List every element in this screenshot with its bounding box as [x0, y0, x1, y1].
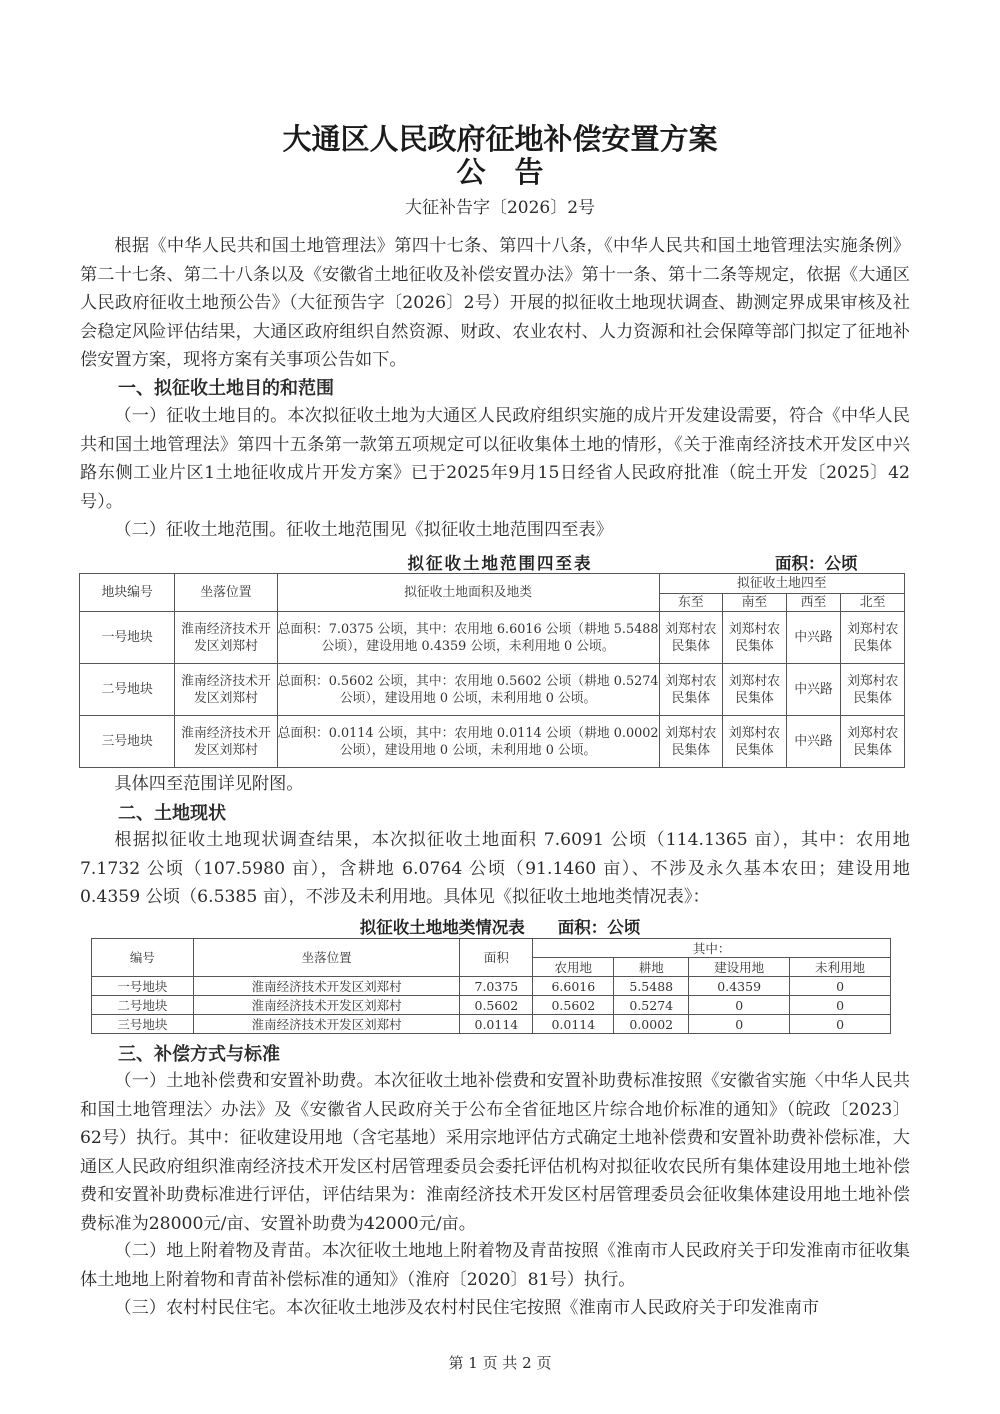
cell-location: 淮南经济技术开发区刘郑村 [193, 1015, 460, 1034]
west-bound: 中兴路 [786, 716, 841, 768]
area-line: 公顷），建设用地 0.4359 公顷，未利用地 0 公顷。 [278, 638, 659, 655]
section3-paragraph2: （二）地上附着物及青苗。本次征收土地地上附着物及青苗按照《淮南市人民政府关于印发… [80, 1237, 910, 1294]
cell-location: 淮南经济技术开发区刘郑村 [193, 996, 460, 1015]
section3-paragraph1: （一）土地补偿费和安置补助费。本次征收土地补偿费和安置补助费标准按照《安徽省实施… [80, 1067, 910, 1238]
plot-area: 总面积：7.0375 公顷，其中：农用地 6.6016 公顷（耕地 5.5488… [277, 612, 659, 664]
cell-area: 0.5602 [460, 996, 533, 1015]
section3-paragraph3: （三）农村村民住宅。本次征收土地涉及农村村民住宅按照《淮南市人民政府关于印发淮南… [80, 1294, 910, 1323]
west-bound: 中兴路 [786, 612, 841, 664]
header-of-which: 其中： [533, 939, 891, 958]
document-number: 大征补告字〔2026〕2号 [0, 193, 1000, 218]
south-bound: 刘郑村农民集体 [723, 664, 787, 716]
section3-heading: 三、补偿方式与标准 [118, 1040, 280, 1066]
header-west: 西至 [786, 594, 841, 612]
section1-heading: 一、拟征收土地目的和范围 [118, 374, 334, 400]
header-unused: 未利用地 [790, 958, 891, 977]
table-row: 三号地块 淮南经济技术开发区刘郑村 0.0114 0.0114 0.0002 0… [92, 1015, 891, 1034]
section2-heading: 二、土地现状 [118, 799, 226, 825]
area-line: 总面积：0.5602 公顷，其中：农用地 0.5602 公顷（耕地 0.5274 [278, 673, 659, 690]
table1-unit: 面积：公顷 [775, 550, 858, 574]
cell-unused: 0 [790, 1015, 891, 1034]
plot-area: 总面积：0.5602 公顷，其中：农用地 0.5602 公顷（耕地 0.5274… [277, 664, 659, 716]
table-row: 三号地块 淮南经济技术开发区刘郑村 总面积：0.0114 公顷，其中：农用地 0… [80, 716, 905, 768]
cell-arable: 5.5488 [614, 977, 689, 996]
cell-farm: 0.0114 [533, 1015, 614, 1034]
plot-location: 淮南经济技术开发区刘郑村 [175, 612, 277, 664]
area-line: 总面积：0.0114 公顷，其中：农用地 0.0114 公顷（耕地 0.0002 [278, 725, 659, 742]
north-bound: 刘郑村农民集体 [841, 612, 905, 664]
cell-location: 淮南经济技术开发区刘郑村 [193, 977, 460, 996]
east-bound: 刘郑村农民集体 [659, 612, 723, 664]
header-south: 南至 [723, 594, 787, 612]
table-row: 一号地块 淮南经济技术开发区刘郑村 总面积：7.0375 公顷，其中：农用地 6… [80, 612, 905, 664]
area-line: 公顷），建设用地 0 公顷，未利用地 0 公顷。 [278, 742, 659, 759]
cell-area: 7.0375 [460, 977, 533, 996]
land-type-table: 编号 坐落位置 面积 其中： 农用地 耕地 建设用地 未利用地 一号地块 淮南经… [91, 938, 891, 1034]
header-arable: 耕地 [614, 958, 689, 977]
section2-body: 根据拟征收土地现状调查结果，本次拟征收土地面积 7.6091 公顷（114.13… [80, 826, 910, 912]
north-bound: 刘郑村农民集体 [841, 664, 905, 716]
header-area-type: 拟征收土地面积及地类 [277, 574, 659, 612]
west-bound: 中兴路 [786, 664, 841, 716]
south-bound: 刘郑村农民集体 [723, 716, 787, 768]
plot-location: 淮南经济技术开发区刘郑村 [175, 664, 277, 716]
cell-farm: 0.5602 [533, 996, 614, 1015]
cell-construction: 0.4359 [689, 977, 790, 996]
cell-id: 一号地块 [92, 977, 194, 996]
north-bound: 刘郑村农民集体 [841, 716, 905, 768]
table2-caption: 拟征收土地地类情况表 面积：公顷 [0, 914, 1000, 938]
area-line: 总面积：7.0375 公顷，其中：农用地 6.6016 公顷（耕地 5.5488 [278, 621, 659, 638]
header-location: 坐落位置 [175, 574, 277, 612]
header-north: 北至 [841, 594, 905, 612]
cell-farm: 6.6016 [533, 977, 614, 996]
area-line: 公顷），建设用地 0 公顷，未利用地 0 公顷。 [278, 690, 659, 707]
plot-id: 二号地块 [80, 664, 175, 716]
plot-location: 淮南经济技术开发区刘郑村 [175, 716, 277, 768]
table-row: 二号地块 淮南经济技术开发区刘郑村 总面积：0.5602 公顷，其中：农用地 0… [80, 664, 905, 716]
header-farmland: 农用地 [533, 958, 614, 977]
south-bound: 刘郑村农民集体 [723, 612, 787, 664]
cell-area: 0.0114 [460, 1015, 533, 1034]
cell-construction: 0 [689, 1015, 790, 1034]
east-bound: 刘郑村农民集体 [659, 664, 723, 716]
header-id: 编号 [92, 939, 194, 977]
intro-paragraph: 根据《中华人民共和国土地管理法》第四十七条、第四十八条，《中华人民共和国土地管理… [80, 232, 910, 375]
plot-id: 三号地块 [80, 716, 175, 768]
cell-id: 二号地块 [92, 996, 194, 1015]
table-row: 一号地块 淮南经济技术开发区刘郑村 7.0375 6.6016 5.5488 0… [92, 977, 891, 996]
table-row: 二号地块 淮南经济技术开发区刘郑村 0.5602 0.5602 0.5274 0… [92, 996, 891, 1015]
header-plot-id: 地块编号 [80, 574, 175, 612]
header-boundaries: 拟征收土地四至 [659, 574, 904, 594]
page-number: 第 1 页 共 2 页 [0, 1352, 1000, 1373]
cell-id: 三号地块 [92, 1015, 194, 1034]
cell-construction: 0 [689, 996, 790, 1015]
document-subtitle: 公 告 [0, 150, 1000, 191]
header-location: 坐落位置 [193, 939, 460, 977]
section1-scope: （二）征收土地范围。征收土地范围见《拟征收土地范围四至表》 [80, 516, 910, 545]
cell-arable: 0.0002 [614, 1015, 689, 1034]
header-construction: 建设用地 [689, 958, 790, 977]
header-east: 东至 [659, 594, 723, 612]
plot-id: 一号地块 [80, 612, 175, 664]
section1-purpose: （一）征收土地目的。本次拟征收土地为大通区人民政府组织实施的成片开发建设需要，符… [80, 402, 910, 516]
plot-area: 总面积：0.0114 公顷，其中：农用地 0.0114 公顷（耕地 0.0002… [277, 716, 659, 768]
cell-unused: 0 [790, 996, 891, 1015]
boundary-note: 具体四至范围详见附图。 [80, 770, 910, 799]
cell-unused: 0 [790, 977, 891, 996]
east-bound: 刘郑村农民集体 [659, 716, 723, 768]
cell-arable: 0.5274 [614, 996, 689, 1015]
land-boundary-table: 地块编号 坐落位置 拟征收土地面积及地类 拟征收土地四至 东至 南至 西至 北至… [79, 573, 905, 768]
header-area: 面积 [460, 939, 533, 977]
